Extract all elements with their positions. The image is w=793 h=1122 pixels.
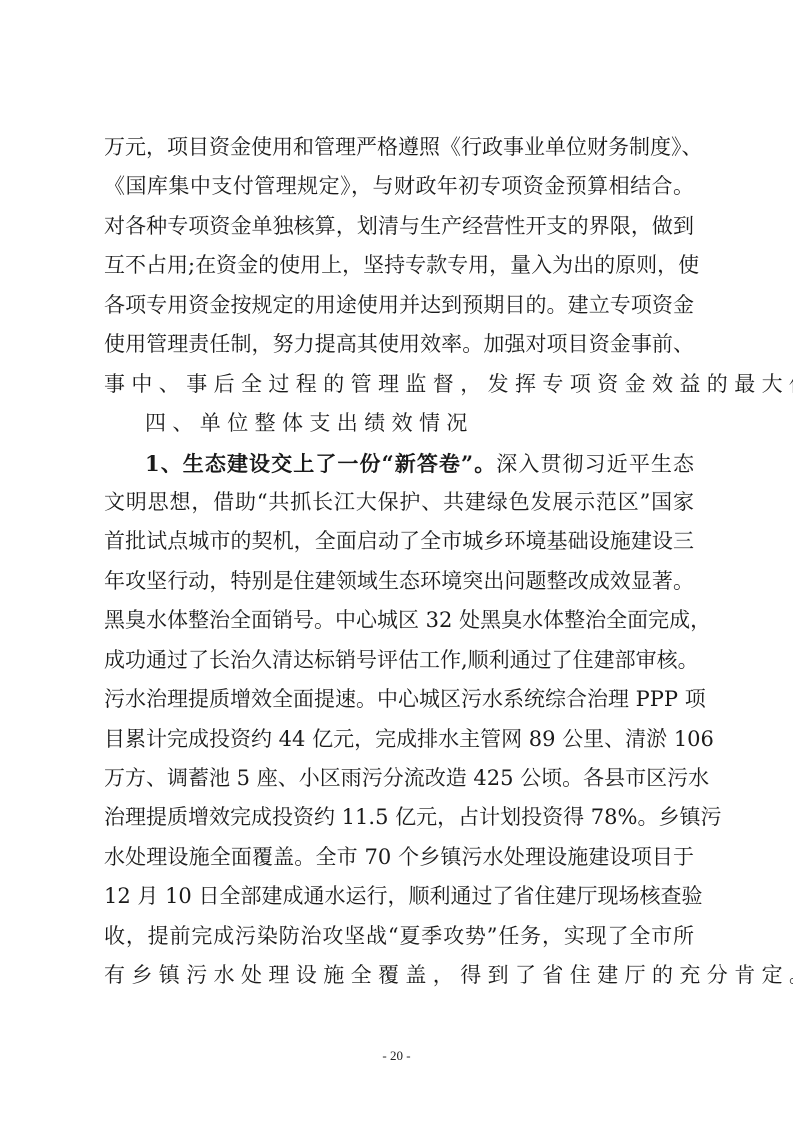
text-line: 1、生态建设交上了一份“新答卷”。深入贯彻习近平生态 bbox=[104, 444, 694, 483]
text-line: 首批试点城市的契机，全面启动了全市城乡环境基础设施建设三 bbox=[104, 522, 694, 561]
subsection-first-line-text: 深入贯彻习近平生态 bbox=[496, 452, 694, 476]
section-heading: 四、单位整体支出绩效情况 bbox=[104, 404, 694, 443]
text-line: 文明思想，借助“共抓长江大保护、共建绿色发展示范区”国家 bbox=[104, 483, 694, 522]
text-line: 12 月 10 日全部建成通水运行，顺利通过了省住建厅现场核查验 bbox=[104, 877, 694, 916]
text-line: 《国库集中支付管理规定》，与财政年初专项资金预算相结合。 bbox=[104, 167, 694, 206]
text-line: 污水治理提质增效全面提速。中心城区污水系统综合治理 PPP 项 bbox=[104, 680, 694, 719]
text-line: 年攻坚行动，特别是住建领域生态环境突出问题整改成效显著。 bbox=[104, 562, 694, 601]
text-line: 各项专用资金按规定的用途使用并达到预期目的。建立专项资金 bbox=[104, 286, 694, 325]
text-line: 黑臭水体整治全面销号。中心城区 32 处黑臭水体整治全面完成， bbox=[104, 601, 694, 640]
section-heading-text: 四、单位整体支出绩效情况 bbox=[104, 404, 694, 443]
subsection-title: 1、生态建设交上了一份“新答卷”。 bbox=[145, 451, 496, 476]
document-body: 万元，项目资金使用和管理严格遵照《行政事业单位财务制度》、 《国库集中支付管理规… bbox=[104, 128, 694, 996]
paragraph-fund-management: 万元，项目资金使用和管理严格遵照《行政事业单位财务制度》、 《国库集中支付管理规… bbox=[104, 128, 694, 404]
text-line: 对各种专项资金单独核算，划清与生产经营性开支的界限，做到 bbox=[104, 207, 694, 246]
text-line: 使用管理责任制，努力提高其使用效率。加强对项目资金事前、 bbox=[104, 325, 694, 364]
text-line: 有乡镇污水处理设施全覆盖，得到了省住建厅的充分肯定。 bbox=[104, 956, 694, 995]
text-line: 万方、调蓄池 5 座、小区雨污分流改造 425 公顷。各县市区污水 bbox=[104, 759, 694, 798]
paragraph-ecological-construction: 1、生态建设交上了一份“新答卷”。深入贯彻习近平生态 文明思想，借助“共抓长江大… bbox=[104, 444, 694, 996]
page-number: - 20 - bbox=[0, 1048, 793, 1064]
text-line: 收，提前完成污染防治攻坚战“夏季攻势”任务，实现了全市所 bbox=[104, 917, 694, 956]
text-line: 万元，项目资金使用和管理严格遵照《行政事业单位财务制度》、 bbox=[104, 128, 694, 167]
text-line: 目累计完成投资约 44 亿元，完成排水主管网 89 公里、清淤 106 bbox=[104, 720, 694, 759]
text-line: 治理提质增效完成投资约 11.5 亿元，占计划投资得 78%。乡镇污 bbox=[104, 798, 694, 837]
document-page: 万元，项目资金使用和管理严格遵照《行政事业单位财务制度》、 《国库集中支付管理规… bbox=[0, 0, 793, 1122]
text-line: 事中、事后全过程的管理监督，发挥专项资金效益的最大化。 bbox=[104, 365, 694, 404]
text-line: 成功通过了长治久清达标销号评估工作,顺利通过了住建部审核。 bbox=[104, 641, 694, 680]
text-line: 互不占用;在资金的使用上，坚持专款专用，量入为出的原则，使 bbox=[104, 246, 694, 285]
text-line: 水处理设施全面覆盖。全市 70 个乡镇污水处理设施建设项目于 bbox=[104, 838, 694, 877]
